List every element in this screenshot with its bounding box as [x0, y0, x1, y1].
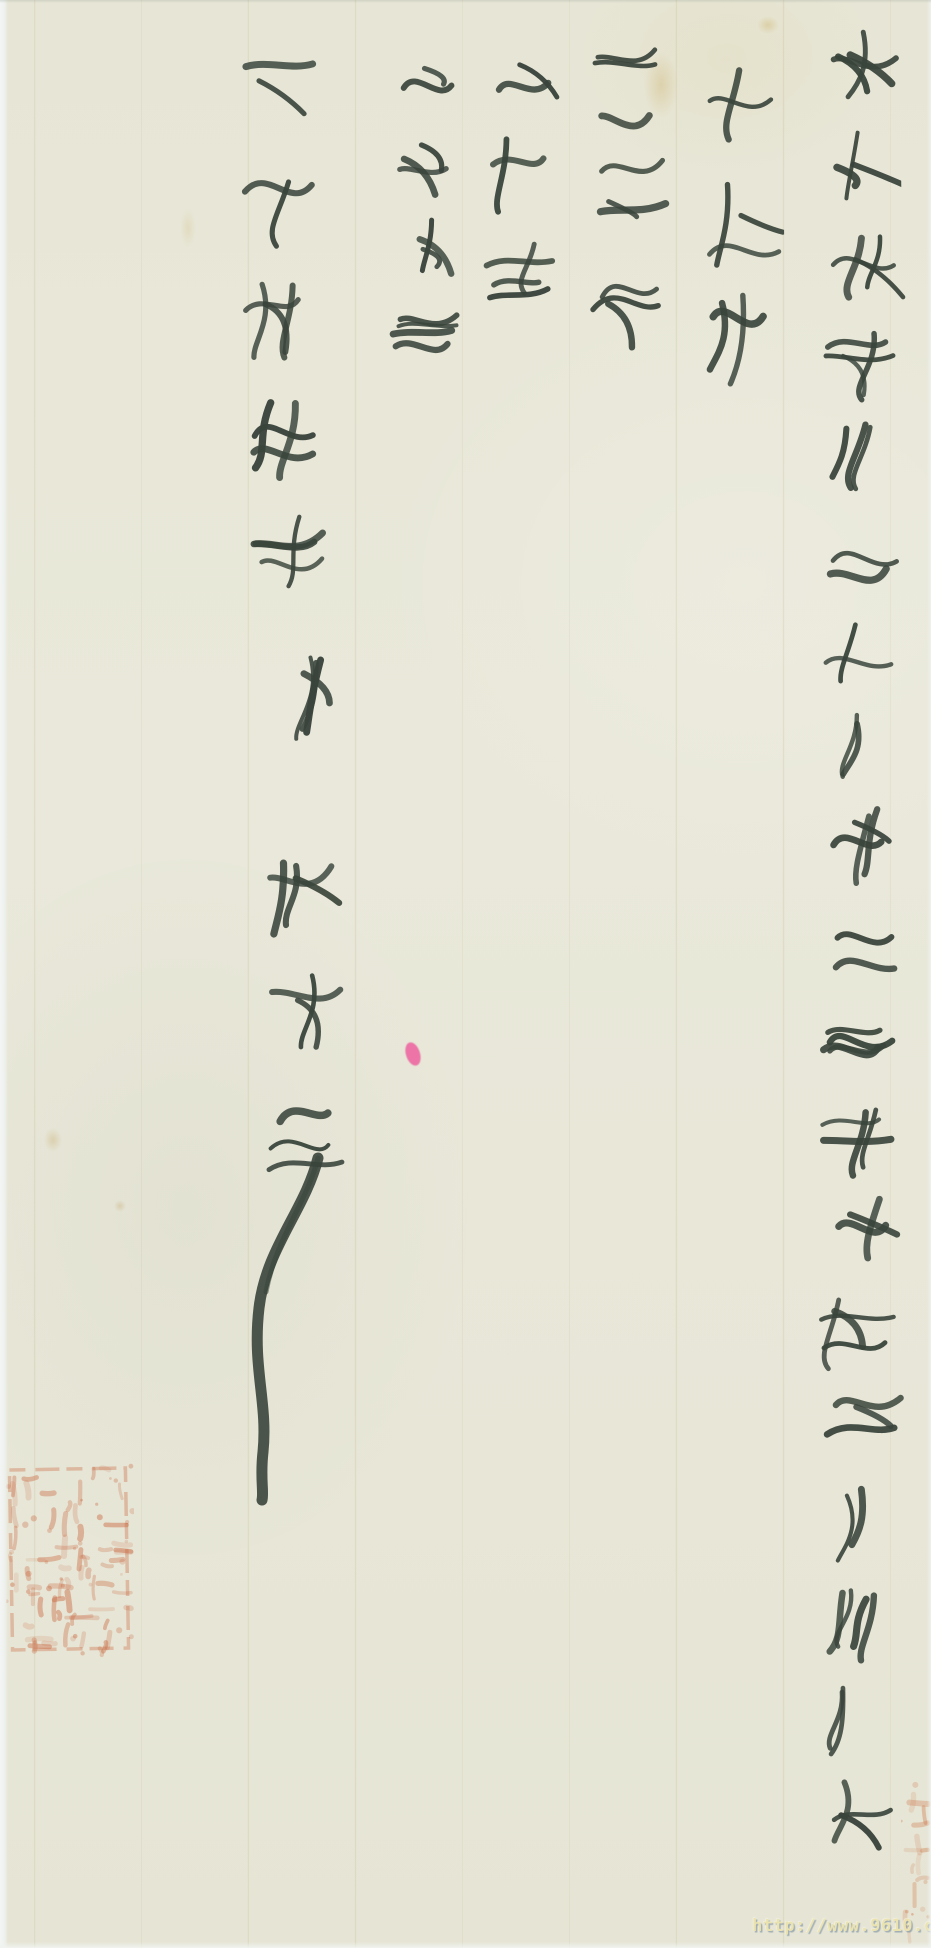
- calligraphy-character: [588, 147, 675, 255]
- calligraphy-character: [813, 1289, 901, 1376]
- calligraphy-character: [231, 273, 322, 378]
- scan-edge-left: [0, 0, 8, 1948]
- calligraphy-character: [821, 1192, 908, 1278]
- calligraphy-character: [262, 647, 351, 750]
- calligraphy-character: [812, 708, 901, 796]
- calligraphy-character: [245, 504, 333, 606]
- scan-edge-top: [0, 0, 931, 3]
- calligraphy-character: [382, 128, 462, 202]
- calligraphy-character: [819, 1775, 908, 1863]
- calligraphy-character: [815, 1584, 902, 1670]
- calligraphy-character: [818, 903, 907, 992]
- calligraphy-character: [819, 511, 907, 598]
- calligraphy-character: [695, 54, 781, 161]
- calligraphy-character: [813, 1100, 900, 1186]
- calligraphy-character: [254, 846, 348, 956]
- scan-edge-bottom: [0, 1942, 931, 1948]
- calligraphy-character: [811, 997, 898, 1083]
- column-ruling-lines: [0, 0, 931, 1948]
- calligraphy-character: [264, 965, 356, 1073]
- calligraphy-character: [237, 165, 323, 266]
- calligraphy-character: [811, 612, 901, 701]
- calligraphy-character: [818, 1677, 904, 1762]
- calligraphy-character: [814, 124, 901, 210]
- calligraphy-character: [816, 25, 906, 114]
- scanned-calligraphy-letter: http://www.9610.com: [0, 0, 931, 1948]
- calligraphy-character: [819, 223, 906, 309]
- calligraphy-character: [236, 51, 325, 154]
- calligraphy-character: [812, 414, 901, 502]
- red-seal-stamp: [6, 1462, 134, 1658]
- calligraphy-character: [816, 1481, 906, 1570]
- calligraphy-character: [387, 213, 467, 288]
- calligraphy-character: [480, 27, 562, 118]
- calligraphy-character: [261, 1086, 352, 1193]
- calligraphy-character: [387, 40, 468, 116]
- calligraphy-character: [584, 35, 671, 143]
- watermark-url: http://www.9610.com: [752, 1916, 931, 1936]
- calligraphy-character: [234, 391, 325, 496]
- scan-edge-right: [927, 0, 931, 1948]
- calligraphy-character: [483, 129, 564, 220]
- calligraphy-character: [584, 266, 669, 372]
- calligraphy-character: [385, 296, 465, 370]
- calligraphy-character: [699, 172, 784, 279]
- calligraphy-character: [816, 320, 902, 405]
- calligraphy-character: [815, 804, 902, 890]
- calligraphy-character: [820, 1385, 906, 1470]
- calligraphy-character: [696, 287, 781, 394]
- calligraphy-character: [479, 228, 559, 318]
